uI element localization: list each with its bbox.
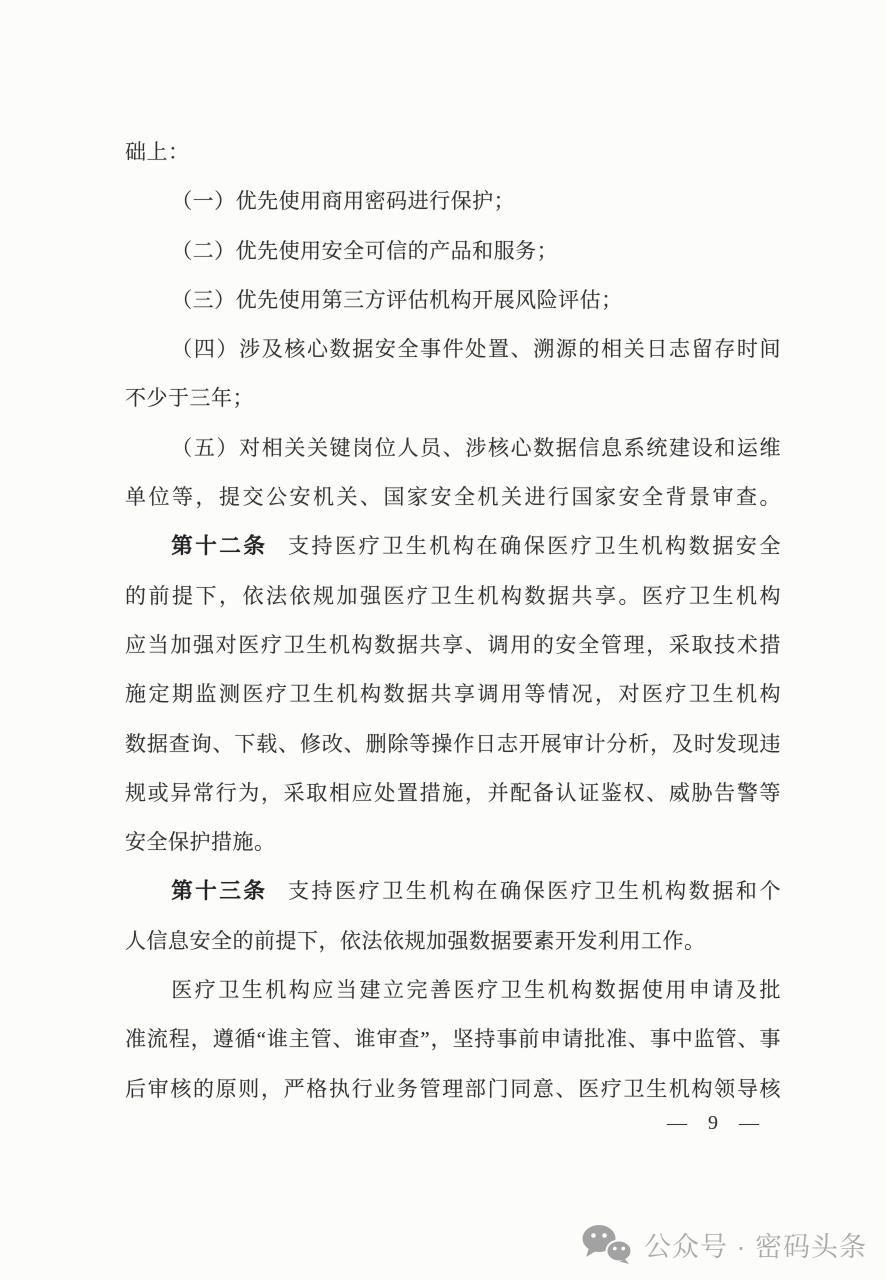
text-line: （五）对相关关键岗位人员、涉核心数据信息系统建设和运维 — [125, 424, 781, 473]
text-line: 施定期监测医疗卫生机构数据共享调用等情况，对医疗卫生机构 — [125, 670, 781, 719]
text-line: 后审核的原则，严格执行业务管理部门同意、医疗卫生机构领导核 — [125, 1065, 781, 1114]
text-line: 应当加强对医疗卫生机构数据共享、调用的安全管理，采取技术措 — [125, 621, 781, 670]
text-line: 安全保护措施。 — [125, 818, 781, 867]
text-line: 第十三条支持医疗卫生机构在确保医疗卫生机构数据和个 — [125, 867, 781, 916]
page-number: — 9 — — [667, 1112, 764, 1135]
text-line: 单位等，提交公安机关、国家安全机关进行国家安全背景审查。 — [125, 473, 781, 522]
text-line: 的前提下，依法依规加强医疗卫生机构数据共享。医疗卫生机构 — [125, 572, 781, 621]
text-line: 数据查询、下载、修改、删除等操作日志开展审计分析，及时发现违 — [125, 720, 781, 769]
text-line: （四）涉及核心数据安全事件处置、溯源的相关日志留存时间 — [125, 325, 781, 374]
wechat-icon — [581, 1224, 633, 1264]
article-number: 第十二条 — [171, 534, 267, 558]
text-line: 不少于三年； — [125, 374, 781, 423]
watermark: 公众号 · 密码头条 — [581, 1224, 867, 1264]
text-line: （三）优先使用第三方评估机构开展风险评估； — [125, 276, 781, 325]
text-line: （二）优先使用安全可信的产品和服务； — [125, 227, 781, 276]
text-line: （一）优先使用商用密码进行保护； — [125, 177, 781, 226]
document-page: 础上：（一）优先使用商用密码进行保护；（二）优先使用安全可信的产品和服务；（三）… — [0, 0, 886, 1280]
text-line: 准流程，遵循“谁主管、谁审查”，坚持事前申请批准、事中监管、事 — [125, 1015, 781, 1064]
watermark-text: 公众号 · 密码头条 — [644, 1225, 867, 1264]
text-line: 人信息安全的前提下，依法依规加强数据要素开发利用工作。 — [125, 917, 781, 966]
document-body: 础上：（一）优先使用商用密码进行保护；（二）优先使用安全可信的产品和服务；（三）… — [125, 128, 781, 1114]
article-number: 第十三条 — [171, 879, 267, 903]
text-line: 第十二条支持医疗卫生机构在确保医疗卫生机构数据安全 — [125, 522, 781, 571]
text-line: 础上： — [125, 128, 781, 177]
text-line: 规或异常行为，采取相应处置措施，并配备认证鉴权、威胁告警等 — [125, 769, 781, 818]
text-line: 医疗卫生机构应当建立完善医疗卫生机构数据使用申请及批 — [125, 966, 781, 1015]
